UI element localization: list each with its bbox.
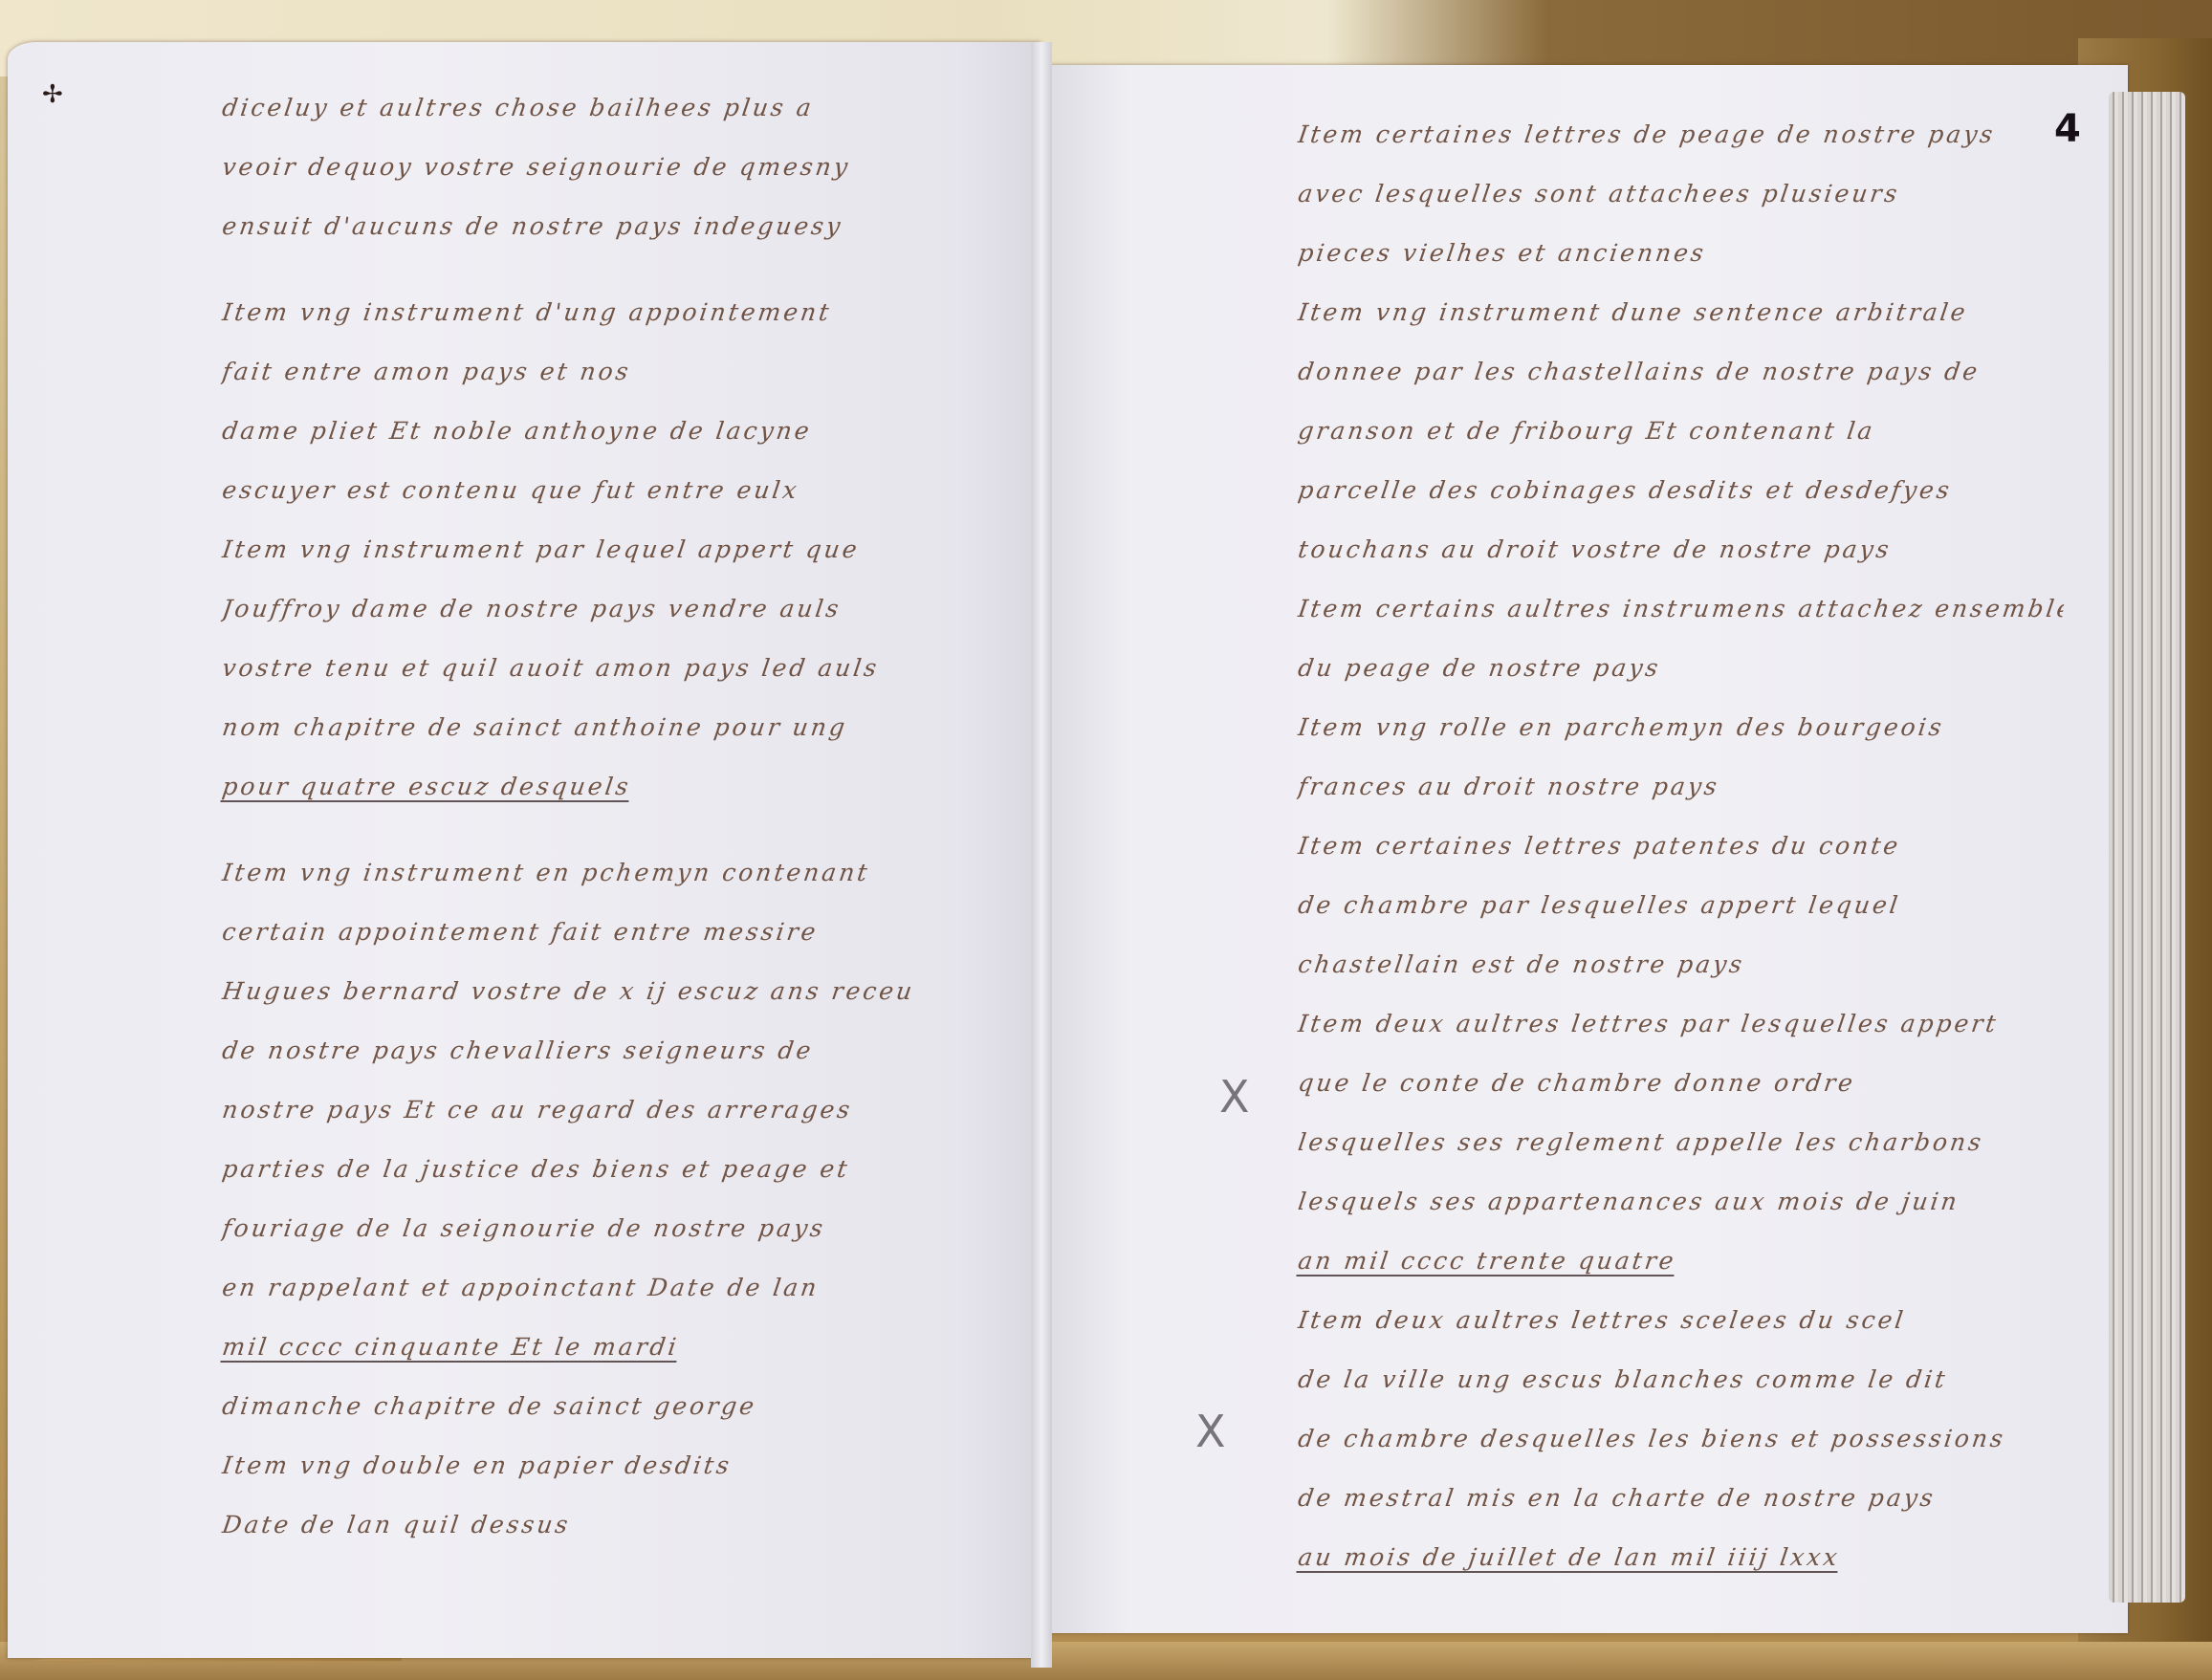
manuscript-line: avec lesquelles sont attachees plusieurs [1292,182,2066,241]
manuscript-line: Item vng instrument en pchemyn contenant [216,861,1028,920]
manuscript-line: Hugues bernard vostre de x ij escuz ans … [216,979,1028,1038]
manuscript-line: Item vng instrument d'ung appointement [216,300,1028,360]
manuscript-line: chastellain est de nostre pays [1292,952,2066,1012]
manuscript-line: fait entre amon pays et nos [216,360,1028,419]
manuscript-line: que le conte de chambre donne ordre [1292,1071,2066,1130]
book-gutter [1031,42,1052,1668]
manuscript-line: frances au droit nostre pays [1292,775,2066,834]
manuscript-line: certain appointement fait entre messire [216,920,1028,979]
manuscript-line: Item deux aultres lettres par lesquelles… [1292,1012,2066,1071]
manuscript-line: lesquelles ses reglement appelle les cha… [1292,1130,2066,1189]
manuscript-line: dame pliet Et noble anthoyne de lacyne [216,419,1028,478]
manuscript-line: Item vng instrument dune sentence arbitr… [1292,300,2066,360]
manuscript-line: parties de la justice des biens et peage… [216,1157,1028,1216]
manuscript-line-underlined: au mois de juillet de lan mil iiij lxxx [1292,1545,2066,1604]
manuscript-line: de nostre pays chevalliers seigneurs de [216,1038,1028,1098]
manuscript-line: ensuit d'aucuns de nostre pays indeguesy [216,214,1028,273]
manuscript-line: de chambre par lesquelles appert lequel [1292,893,2066,952]
manuscript-line-underlined: an mil cccc trente quatre [1292,1249,2066,1308]
manuscript-line: de la ville ung escus blanches comme le … [1292,1367,2066,1427]
manuscript-line: lesquels ses appartenances aux mois de j… [1292,1189,2066,1249]
manuscript-line: en rappelant et appoinctant Date de lan [216,1276,1028,1335]
manuscript-line: donnee par les chastellains de nostre pa… [1292,360,2066,419]
manuscript-line: nostre pays Et ce au regard des arrerage… [216,1098,1028,1157]
manuscript-line: Item certains aultres instrumens attache… [1292,597,2066,656]
page-fore-edge [2109,92,2185,1603]
manuscript-line: pieces vielhes et anciennes [1292,241,2066,300]
manuscript-line: du peage de nostre pays [1292,656,2066,715]
manuscript-line-underlined: pour quatre escuz desquels [216,775,1028,834]
manuscript-line: de chambre desquelles les biens et posse… [1292,1427,2066,1486]
manuscript-line: nom chapitre de sainct anthoine pour ung [216,715,1028,775]
manuscript-line: Item deux aultres lettres scelees du sce… [1292,1308,2066,1367]
margin-x-mark: X [1195,1406,1226,1457]
manuscript-line: parcelle des cobinages desdits et desdef… [1292,478,2066,537]
manuscript-line: escuyer est contenu que fut entre eulx [216,478,1028,537]
manuscript-line: veoir dequoy vostre seignourie de qmesny [216,155,1028,214]
manuscript-line: vostre tenu et quil auoit amon pays led … [216,656,1028,715]
manuscript-line: fouriage de la seignourie de nostre pays [216,1216,1028,1276]
manuscript-line: Date de lan quil dessus [216,1513,1028,1572]
manuscript-line: diceluy et aultres chose bailhees plus a [216,96,1028,155]
left-page-text: diceluy et aultres chose bailhees plus a… [220,96,1023,1572]
manuscript-line: touchans au droit vostre de nostre pays [1292,537,2066,597]
right-page-text: Item certaines lettres de peage de nostr… [1296,122,2061,1604]
margin-x-mark: X [1219,1071,1250,1123]
manuscript-line: de mestral mis en la charte de nostre pa… [1292,1486,2066,1545]
manuscript-line: Item certaines lettres patentes du conte [1292,834,2066,893]
manuscript-line: Item certaines lettres de peage de nostr… [1292,122,2066,182]
manuscript-line: Item vng instrument par lequel appert qu… [216,537,1028,597]
left-folio-mark: ✢ [42,80,63,109]
manuscript-line-underlined: mil cccc cinquante Et le mardi [216,1335,1028,1394]
manuscript-line: Item vng double en papier desdits [216,1453,1028,1513]
manuscript-line: granson et de fribourg Et contenant la [1292,419,2066,478]
manuscript-line: Item vng rolle en parchemyn des bourgeoi… [1292,715,2066,775]
manuscript-line: Jouffroy dame de nostre pays vendre auls [216,597,1028,656]
manuscript-line: dimanche chapitre de sainct george [216,1394,1028,1453]
